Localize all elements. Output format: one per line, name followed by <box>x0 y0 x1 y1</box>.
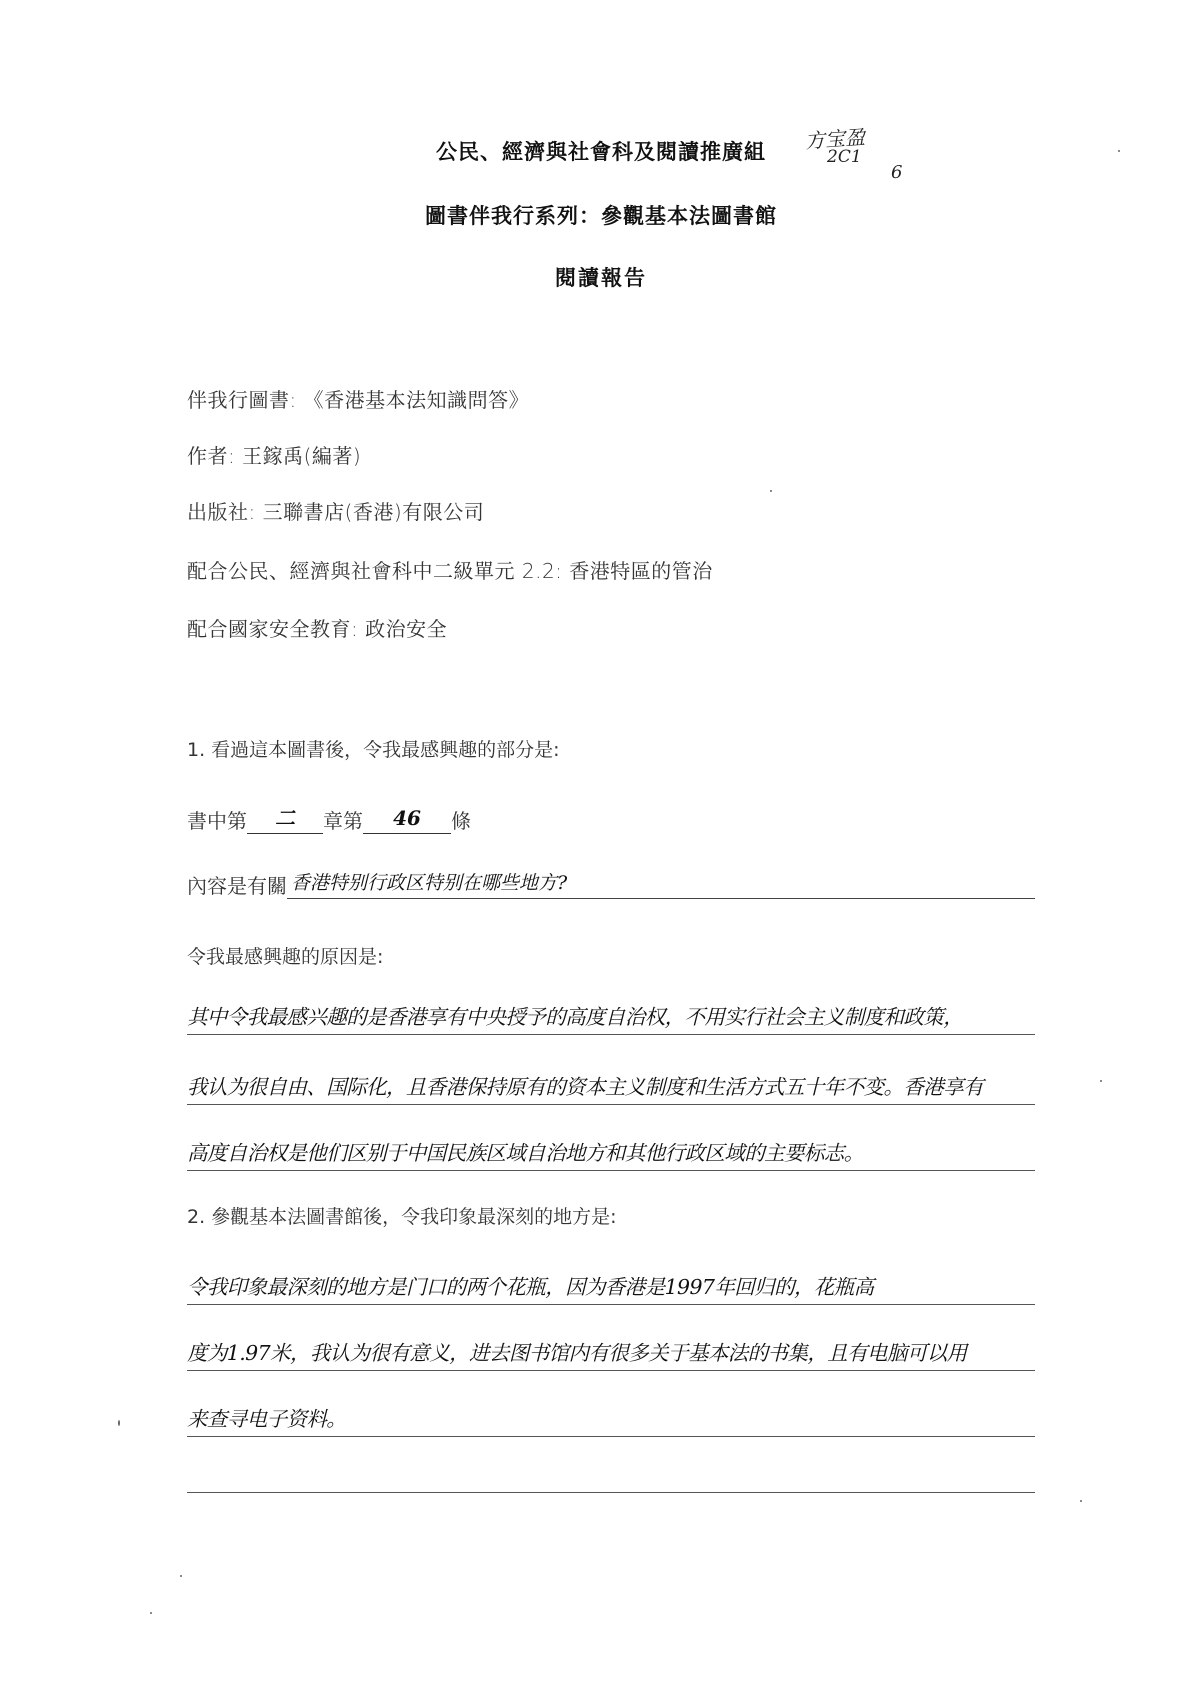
scan-speck <box>1118 150 1120 152</box>
scan-speck <box>1100 1080 1102 1082</box>
chapter-field[interactable]: 二 <box>247 807 323 834</box>
chapter-prefix: 書中第 <box>187 805 247 834</box>
reason-line[interactable]: 我认为很自由、国际化，且香港保持原有的资本主义制度和生活方式五十年不变。香港享有 <box>187 1070 1035 1105</box>
impression-line[interactable] <box>187 1470 1035 1493</box>
impression-line[interactable]: 来查寻电子资料。 <box>187 1402 1035 1437</box>
article-field[interactable]: 46 <box>363 807 451 834</box>
student-signature: 方宝盈 2C1 6 <box>805 130 865 166</box>
scan-speck <box>180 1575 182 1577</box>
book-title: 伴我行圖書: 《香港基本法知識問答》 <box>187 384 529 413</box>
scan-speck <box>150 1612 152 1614</box>
reason-line[interactable]: 其中令我最感兴趣的是香港享有中央授予的高度自治权，不用实行社会主义制度和政策， <box>187 1000 1035 1035</box>
student-name: 方宝盈 <box>804 128 865 150</box>
question-1-prompt: 1. 看過這本圖書後，令我最感興趣的部分是: <box>187 735 560 762</box>
curriculum-unit: 配合公民、經濟與社會科中二級單元 2.2: 香港特區的管治 <box>187 555 713 584</box>
reading-report-page: 公民、經濟與社會科及閱讀推廣組 圖書伴我行系列：參觀基本法圖書館 閱讀報告 方宝… <box>0 0 1202 1700</box>
scan-speck <box>118 1420 120 1426</box>
report-title: 閱讀報告 <box>0 262 1202 292</box>
question-2-prompt: 2. 參觀基本法圖書館後，令我印象最深刻的地方是: <box>187 1202 617 1229</box>
reason-label: 令我最感興趣的原因是: <box>187 942 383 969</box>
book-author: 作者: 王鎵禹(編著) <box>187 440 361 469</box>
article-suffix: 條 <box>451 805 471 834</box>
impression-line[interactable]: 度为1.97米，我认为很有意义，进去图书馆内有很多关于基本法的书集，且有电脑可以… <box>187 1336 1035 1371</box>
series-title: 圖書伴我行系列：參觀基本法圖書館 <box>0 200 1202 230</box>
organization-heading: 公民、經濟與社會科及閱讀推廣組 <box>0 136 1202 166</box>
student-number: 6 <box>891 164 902 182</box>
content-line: 內容是有關 香港特别行政区特别在哪些地方? <box>187 870 1035 899</box>
impression-line[interactable]: 令我印象最深刻的地方是门口的两个花瓶，因为香港是1997年回归的，花瓶高 <box>187 1270 1035 1305</box>
chapter-mid: 章第 <box>323 805 363 834</box>
scan-speck <box>770 490 772 492</box>
content-field[interactable]: 香港特别行政区特别在哪些地方? <box>287 870 1035 899</box>
chapter-article-line: 書中第 二 章第 46 條 <box>187 805 471 834</box>
content-label: 內容是有關 <box>187 870 287 899</box>
book-publisher: 出版社: 三聯書店(香港)有限公司 <box>187 496 484 525</box>
security-education-topic: 配合國家安全教育: 政治安全 <box>187 613 447 642</box>
reason-line[interactable]: 高度自治权是他们区别于中国民族区域自治地方和其他行政区域的主要标志。 <box>187 1136 1035 1171</box>
scan-speck <box>1080 1500 1082 1502</box>
